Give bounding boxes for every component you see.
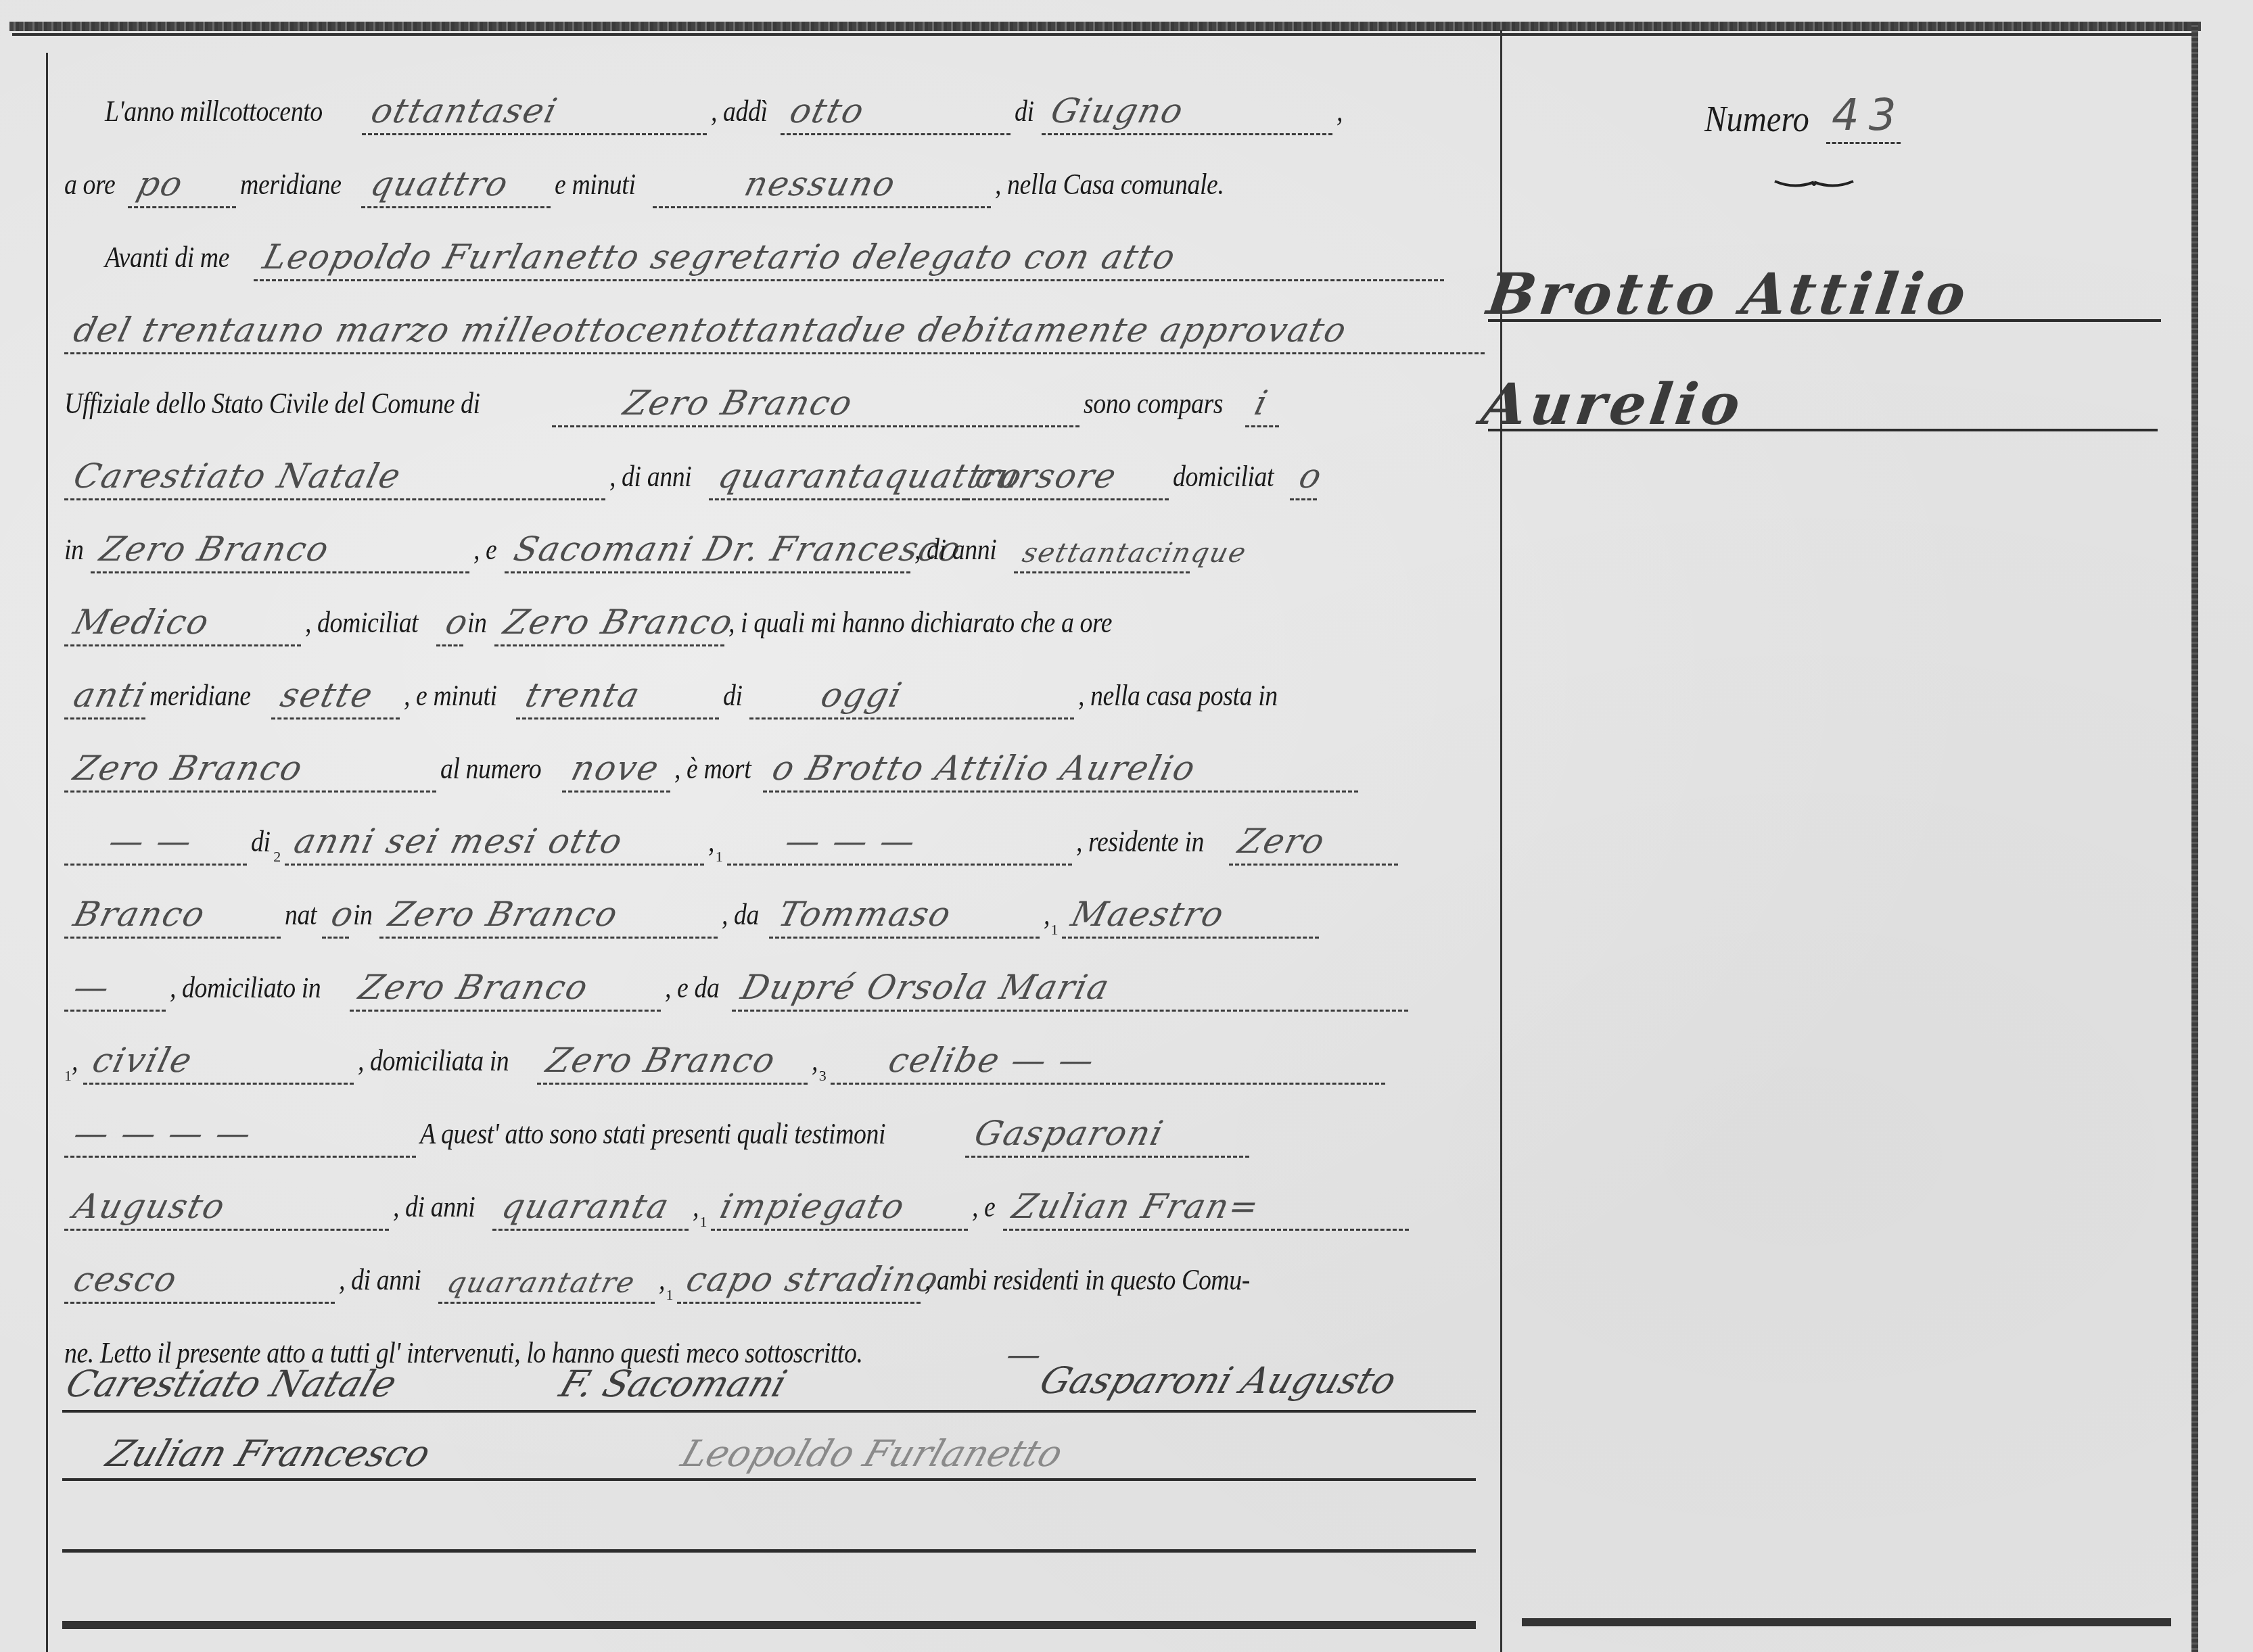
mother-name-field: Dupré Orsola Maria (732, 955, 1408, 1012)
printed-text: , e (473, 532, 496, 573)
day-field: otto (781, 79, 1011, 135)
line-1: L'anno millcottocento ottantasei , addì … (64, 74, 1485, 135)
printed-text: sono compars (1084, 386, 1223, 427)
record-number-field: 43 (1826, 95, 1901, 144)
handwritten-text: quattro (367, 164, 513, 204)
blank-field: — — — — (64, 1102, 416, 1158)
printed-text: L'anno millcottocento (105, 94, 323, 135)
handwritten-text: — (70, 968, 114, 1007)
footnote-marker: 1 (716, 848, 723, 866)
printed-text: , nella casa posta in (1078, 678, 1278, 719)
handwritten-text: Leopoldo Furlanetto segretario delegato … (259, 237, 1180, 277)
handwritten-text: Tommaso (774, 895, 956, 934)
handwritten-text: Augusto (70, 1187, 230, 1226)
deceased-age-field: anni sei mesi otto (285, 809, 704, 866)
minutes-field: nessuno (653, 152, 991, 208)
footnote-marker: 1 (666, 1286, 673, 1304)
handwritten-text: quaranta (498, 1187, 674, 1226)
death-place-field: Zero Branco (64, 736, 436, 793)
handwritten-text: Gasparoni (971, 1114, 1168, 1153)
printed-text: , è mort (674, 751, 751, 793)
handwritten-text: po (133, 164, 188, 204)
handwritten-text: — — — (781, 822, 921, 861)
handwritten-text: sette (277, 676, 377, 715)
printed-text: , (693, 1189, 699, 1231)
printed-text: , domiciliata in (358, 1043, 509, 1085)
printed-text: , (659, 1262, 665, 1304)
signature-line-1 (62, 1410, 1476, 1413)
printed-text: e minuti (555, 167, 636, 208)
printed-text: , residente in (1076, 824, 1204, 866)
handwritten-text: anni sei mesi otto (290, 822, 628, 861)
declarant2-name-field: Sacomani Dr. Francesco (505, 517, 910, 573)
handwritten-text: ottantasei (367, 91, 562, 131)
printed-text: a ore (64, 167, 115, 208)
line-16: Augusto , di anni quaranta , 1 impiegato… (64, 1170, 1485, 1231)
record-number-label: Numero (1704, 98, 1809, 144)
declarant1-profession-field: cursore (966, 444, 1169, 500)
handwritten-text: trenta (521, 676, 645, 715)
printed-text: , (1044, 897, 1050, 939)
printed-text: Avanti di me (105, 240, 229, 281)
handwritten-text: settantacinque (1019, 538, 1250, 569)
handwritten-text: o (1295, 456, 1327, 496)
signature-line-3 (62, 1549, 1476, 1553)
document-page: L'anno millcottocento ottantasei , addì … (0, 0, 2253, 1652)
birthplace-field: Zero Branco (379, 882, 718, 939)
printed-text: , (1337, 94, 1343, 135)
handwritten-text: Dupré Orsola Maria (737, 968, 1114, 1007)
margin-name-underline-1 (1488, 319, 2161, 322)
printed-text: A quest' atto sono stati presenti quali … (420, 1116, 885, 1158)
handwritten-text: Zero Branco (70, 749, 307, 788)
line-9: anti meridiane sette , e minuti trenta d… (64, 659, 1485, 719)
year-field: ottantasei (362, 79, 707, 135)
signature-officer: Leopoldo Furlanetto (676, 1432, 1069, 1475)
witness1-profession-field: impiegato (711, 1175, 968, 1231)
declarant2-domicile-field: Zero Branco (494, 590, 724, 646)
record-number-value: 43 (1832, 91, 1905, 141)
handwritten-text: Zero Branco (500, 603, 737, 642)
signature-declarant1: Carestiato Natale (61, 1363, 402, 1405)
printed-text: , da (722, 897, 759, 939)
handwritten-text: capo stradino (682, 1260, 944, 1299)
printed-text: , domiciliato in (170, 970, 321, 1012)
witness2-name-field: Zulian Fran= (1003, 1175, 1409, 1231)
printed-text: , i quali mi hanno dichiarato che a ore (728, 605, 1112, 646)
printed-text: in (467, 605, 487, 646)
line-13: — , domiciliato in Zero Branco , e da Du… (64, 951, 1485, 1012)
line-6: Carestiato Natale , di anni quarantaquat… (64, 440, 1485, 500)
declarant2-profession-field: Medico (64, 590, 301, 646)
printed-text: meridiane (240, 167, 342, 208)
declarant1-name-field: Carestiato Natale (64, 444, 605, 500)
right-border-rule (2191, 22, 2198, 1652)
handwritten-text: Giugno (1047, 91, 1188, 131)
printed-text: , domiciliat (305, 605, 418, 646)
signature-witness1: Gasparoni Augusto (1035, 1359, 1402, 1402)
handwritten-text: Zero Branco (355, 968, 593, 1007)
witness2-name-cont-field: cesco (64, 1248, 335, 1304)
bottom-rule-left (62, 1621, 1476, 1629)
death-day-field: oggi (749, 663, 1074, 719)
line-11: — — di 2 anni sei mesi otto , 1 — — — , … (64, 805, 1485, 866)
handwritten-text: Maestro (1067, 895, 1229, 934)
meridian-prefix-field: anti (64, 663, 145, 719)
signature-witness2: Zulian Francesco (101, 1432, 436, 1475)
handwritten-text: nove (567, 749, 664, 788)
witness1-surname-field: Gasparoni (965, 1102, 1249, 1158)
gender-suffix-field: o (322, 882, 349, 939)
handwritten-text: — — — — (70, 1114, 256, 1153)
printed-text: , addì (711, 94, 768, 135)
handwritten-text: oggi (817, 676, 907, 715)
margin-name-underline-2 (1488, 429, 2158, 431)
declarant1-age-field: quarantaquattro (709, 444, 966, 500)
residence-field: Zero (1229, 809, 1398, 866)
handwritten-text: i (1251, 383, 1272, 423)
handwritten-text: Medico (70, 603, 214, 642)
line-17: cesco , di anni quarantatre , 1 capo str… (64, 1243, 1485, 1304)
signature-line-2 (62, 1478, 1476, 1481)
printed-text: , di anni (914, 532, 996, 573)
printed-text: , di anni (393, 1189, 475, 1231)
witness1-age-field: quaranta (492, 1175, 689, 1231)
handwritten-text: Carestiato Natale (70, 456, 406, 496)
printed-text: di (251, 824, 271, 866)
death-minutes-field: trenta (516, 663, 719, 719)
handwritten-text: cesco (70, 1260, 182, 1299)
margin-name-line-1: Brotto Attilio (1483, 260, 1974, 327)
line-14: 1 , civile , domiciliata in Zero Branco … (64, 1024, 1485, 1085)
father-domicile-field: Zero Branco (350, 955, 661, 1012)
declarant2-age-field: settantacinque (1014, 517, 1190, 573)
witness2-profession-field: capo stradino (677, 1248, 921, 1304)
footnote-marker: 2 (273, 848, 281, 866)
line-2: a ore po meridiane quattro e minuti ness… (64, 147, 1485, 208)
flourish-ornament-icon (1773, 177, 1855, 191)
printed-text: , di anni (609, 459, 691, 500)
record-number: Numero 43 (1704, 95, 1901, 144)
handwritten-text: Zero Branco (542, 1041, 780, 1080)
handwritten-text: anti (70, 676, 152, 715)
handwritten-text: — — (105, 822, 197, 861)
line-10: Zero Branco al numero nove , è mort o Br… (64, 732, 1485, 793)
deceased-profession-field: — — — (727, 809, 1072, 866)
handwritten-text: quarantatre (444, 1266, 639, 1299)
top-border-rule (9, 22, 2201, 33)
father-profession-field: Maestro (1062, 882, 1319, 939)
line-15: — — — — A quest' atto sono stati present… (64, 1097, 1485, 1158)
declarant1-domicile-field: Zero Branco (91, 517, 469, 573)
handwritten-text: — (1002, 1335, 1047, 1374)
blank-field: — (64, 955, 166, 1012)
printed-text: nat (285, 897, 317, 939)
footnote-marker: 1 (1050, 921, 1058, 939)
house-number-field: nove (562, 736, 670, 793)
handwritten-text: nessuno (741, 164, 900, 204)
hour-period-field: po (128, 152, 236, 208)
printed-text: in (353, 897, 373, 939)
handwritten-text: o Brotto Attilio Aurelio (768, 749, 1201, 788)
margin-name-line-2: Aurelio (1478, 371, 1748, 438)
footnote-marker: 1 (64, 1067, 72, 1085)
blank-field: — — (64, 809, 247, 866)
officer-field: Leopoldo Furlanetto segretario delegato … (254, 225, 1444, 281)
handwritten-text: impiegato (716, 1187, 909, 1226)
line-8: Medico , domiciliat o in Zero Branco , i… (64, 586, 1485, 646)
printed-text: al numero (440, 751, 541, 793)
deceased-name-field: o Brotto Attilio Aurelio (763, 736, 1358, 793)
printed-text: , ambi residenti in questo Comu- (925, 1262, 1250, 1304)
residence-cont-field: Branco (64, 882, 281, 939)
printed-text: Uffiziale dello Stato Civile del Comune … (64, 386, 480, 427)
handwritten-text: civile (89, 1041, 197, 1080)
footnote-marker: 1 (699, 1213, 707, 1231)
handwritten-text: Zero (1234, 822, 1330, 861)
footnote-marker: 3 (819, 1067, 827, 1085)
printed-text: , (72, 1043, 78, 1085)
comune-field: Zero Branco (552, 371, 1079, 427)
printed-text: , nella Casa comunale. (995, 167, 1224, 208)
handwritten-text: Sacomani Dr. Francesco (510, 529, 966, 569)
signature-declarant2: F. Sacomani (555, 1363, 792, 1405)
left-border-line (46, 53, 48, 1652)
mother-domicile-field: Zero Branco (537, 1029, 808, 1085)
printed-text: di (1015, 94, 1034, 135)
printed-text: , di anni (339, 1262, 421, 1304)
handwritten-text: cursore (971, 456, 1121, 496)
printed-text: , (708, 824, 714, 866)
line-5: Uffiziale dello Stato Civile del Comune … (64, 367, 1485, 427)
printed-text: , (812, 1043, 818, 1085)
printed-text: , e da (665, 970, 719, 1012)
handwritten-text: Zulian Fran= (1008, 1187, 1264, 1226)
father-name-field: Tommaso (769, 882, 1040, 939)
printed-text: in (64, 532, 84, 573)
marital-status-field: celibe — — (831, 1029, 1385, 1085)
handwritten-text: Zero Branco (620, 383, 857, 423)
line-12: Branco nat o in Zero Branco , da Tommaso… (64, 878, 1485, 939)
compars-suffix-field: i (1245, 371, 1279, 427)
printed-text: di (723, 678, 743, 719)
delegation-field: del trentauno marzo milleottocentottanta… (64, 298, 1485, 354)
handwritten-text: otto (786, 91, 869, 131)
printed-text: , e (972, 1189, 995, 1231)
death-hour-field: sette (271, 663, 400, 719)
gender-suffix-field: o (1290, 444, 1317, 500)
line-4: del trentauno marzo milleottocentottanta… (64, 293, 1485, 354)
witness2-age-field: quarantatre (438, 1248, 655, 1304)
mother-profession-field: civile (83, 1029, 354, 1085)
bottom-rule-right (1522, 1618, 2171, 1626)
printed-text: meridiane (149, 678, 251, 719)
month-field: Giugno (1042, 79, 1332, 135)
handwritten-text: celibe — — (885, 1041, 1099, 1080)
gender-suffix-field: o (436, 590, 463, 646)
handwritten-text: del trentauno marzo milleottocentottanta… (70, 310, 1351, 350)
hour-field: quattro (361, 152, 551, 208)
handwritten-text: Branco (70, 895, 210, 934)
printed-text: , e minuti (404, 678, 497, 719)
witness1-name-field: Augusto (64, 1175, 389, 1231)
handwritten-text: Zero Branco (96, 529, 333, 569)
printed-text: domiciliat (1173, 459, 1274, 500)
handwritten-text: Zero Branco (385, 895, 622, 934)
line-3: Avanti di me Leopoldo Furlanetto segreta… (64, 220, 1485, 281)
line-7: in Zero Branco , e Sacomani Dr. Francesc… (64, 513, 1485, 573)
